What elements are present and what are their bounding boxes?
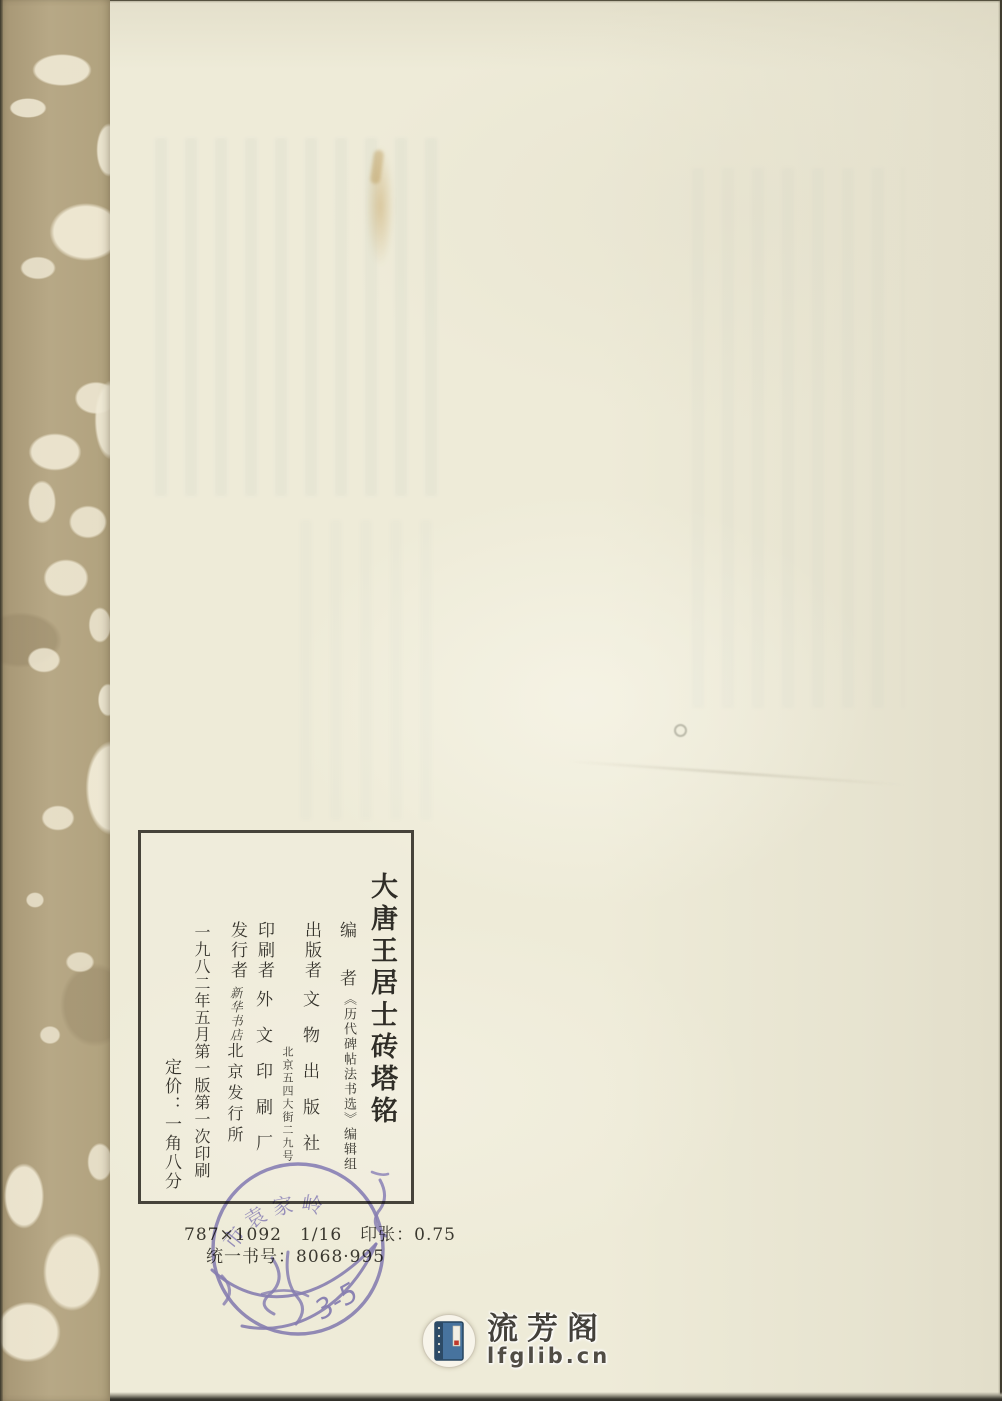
show-through-text-right [692,168,904,708]
paper-crease [565,760,904,786]
scan-edge-right [998,0,1002,1401]
xinhua-script-logo: 新华书店 [227,986,242,1042]
scan-edge-top [0,0,1002,3]
edition-line: 一九八二年五月第一版第一次印刷 [190,924,213,1179]
spine-rubbing-strip [0,0,110,1401]
library-stamp: 市袁家岭 3-5 [204,1158,398,1344]
book-title: 大唐王居士砖塔铭 [362,872,401,1128]
publisher-label: 出版者 [299,921,324,981]
printer-value: 外文印刷厂 [250,990,275,1170]
scanned-book-back-page: { "page": { "description": "Back colopho… [0,0,1002,1401]
watermark-badge [422,1314,476,1368]
distributor-label: 发行者 [225,921,250,981]
scan-edge-bottom [0,1392,1002,1401]
publisher-address: 北京五四大街二九号 [279,1046,295,1163]
watermark-site-url: lfglib.cn [487,1345,610,1368]
show-through-text-center [300,520,450,820]
watermark-site-name: 流芳阁 [487,1314,610,1345]
stitched-book-icon [431,1320,467,1362]
editor-label: 编 者 [334,921,359,993]
publisher-value: 文物出版社 [297,990,322,1170]
price-line: 定价：一角八分 [159,1058,184,1191]
stamp-hand-number: 3-5 [310,1277,364,1326]
show-through-text-left [155,138,447,496]
stamp-arc-text: 市袁家岭 [218,1192,330,1254]
scan-edge-left [0,0,3,1401]
printer-label: 印刷者 [252,921,277,981]
editor-value: 《历代碑帖法书选》编辑组 [339,992,358,1172]
ring-mark [674,724,687,737]
watermark-text: 流芳阁 lfglib.cn [487,1314,610,1368]
distributor-value-rest: 北京发行所 [225,1042,244,1147]
distributor-value: 新华书店北京发行所 [223,986,246,1147]
watermark: 流芳阁 lfglib.cn [422,1314,610,1368]
